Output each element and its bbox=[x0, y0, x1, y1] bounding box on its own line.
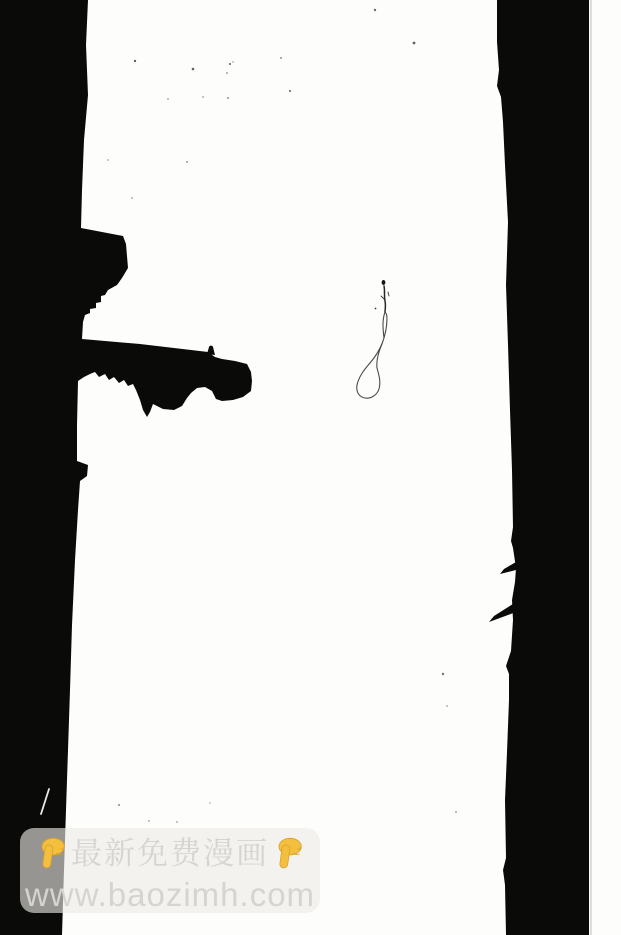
right-building-spikes bbox=[489, 562, 516, 622]
finger-pointing-down-icon bbox=[272, 835, 305, 873]
finger-pointing-down-icon bbox=[35, 835, 68, 873]
manga-page: 最新免费漫画 www.baozimh.com bbox=[0, 0, 621, 935]
trailing-loop-line bbox=[357, 312, 387, 398]
watermark-title-row: 最新免费漫画 bbox=[35, 831, 305, 877]
dust-specks bbox=[107, 9, 457, 823]
figure-head bbox=[382, 280, 386, 285]
tiny-figure-on-ledge bbox=[207, 346, 215, 355]
watermark-url: www.baozimh.com bbox=[25, 878, 315, 911]
building-silhouette-right bbox=[497, 0, 589, 935]
watermark-title: 最新免费漫画 bbox=[71, 838, 269, 869]
building-silhouette-left bbox=[0, 0, 252, 935]
falling-figure-with-trailing-line bbox=[357, 280, 389, 398]
watermark-banner: 最新免费漫画 www.baozimh.com bbox=[20, 828, 320, 913]
artwork-canvas bbox=[0, 0, 621, 935]
